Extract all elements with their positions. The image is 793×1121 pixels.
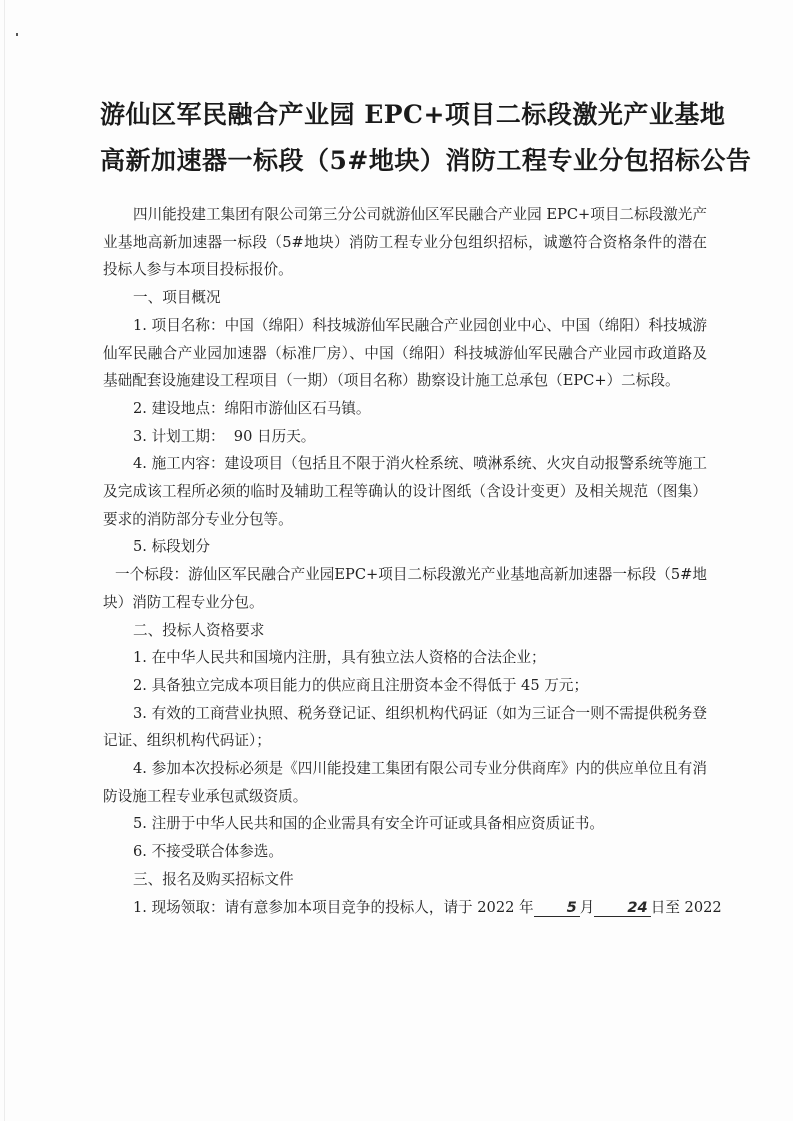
section-2-heading: 二、投标人资格要求 [103,617,707,645]
section-2-item-5: 5. 注册于中华人民共和国的企业需具有安全许可证或具备相应资质证书。 [103,810,707,838]
section-1-item-1: 1. 项目名称：中国（绵阳）科技城游仙军民融合产业园创业中心、中国（绵阳）科技城… [103,312,707,395]
section-1-item-2: 2. 建设地点：绵阳市游仙区石马镇。 [103,395,707,423]
section-1-item-3: 3. 计划工期： 90 日历天。 [103,423,707,451]
section-1-heading: 一、项目概况 [103,284,707,312]
handwritten-day: 24 [594,900,650,917]
document-title-line-2: 高新加速器一标段（5#地块）消防工程专业分包招标公告 [100,141,700,177]
section-2-item-2: 2. 具备独立完成本项目能力的供应商且注册资本金不得低于 45 万元； [103,672,707,700]
scan-mark [16,33,18,36]
section-3-item-1-suffix: 日至 2022 [651,899,722,916]
month-label: 月 [580,899,595,916]
document-page: 游仙区军民融合产业园 EPC+项目二标段激光产业基地 高新加速器一标段（5#地块… [0,0,793,1121]
section-1-item-5: 5. 标段划分 [103,533,707,561]
document-title-line-1: 游仙区军民融合产业园 EPC+项目二标段激光产业基地 [100,95,700,131]
section-3-item-1: 1. 现场领取：请有意参加本项目竞争的投标人，请于 2022 年5月24日至 2… [103,894,707,922]
section-1-item-4: 4. 施工内容：建设项目（包括且不限于消火栓系统、喷淋系统、火灾自动报警系统等施… [103,450,707,533]
scan-edge [4,0,5,1121]
document-body: 四川能投建工集团有限公司第三分公司就游仙区军民融合产业园 EPC+项目二标段激光… [103,201,707,921]
section-2-item-4: 4. 参加本次投标必须是《四川能投建工集团有限公司专业分供商库》内的供应单位且有… [103,755,707,810]
section-2-item-3: 3. 有效的工商营业执照、税务登记证、组织机构代码证（如为三证合一则不需提供税务… [103,700,707,755]
handwritten-month: 5 [534,900,580,917]
section-2-item-6: 6. 不接受联合体参选。 [103,838,707,866]
section-3-item-1-prefix: 1. 现场领取：请有意参加本项目竞争的投标人，请于 2022 年 [133,899,534,916]
intro-paragraph: 四川能投建工集团有限公司第三分公司就游仙区军民融合产业园 EPC+项目二标段激光… [103,201,707,284]
section-1-item-5-detail: 一个标段：游仙区军民融合产业园EPC+项目二标段激光产业基地高新加速器一标段（5… [103,561,707,616]
section-3-heading: 三、报名及购买招标文件 [103,866,707,894]
section-2-item-1: 1. 在中华人民共和国境内注册，具有独立法人资格的合法企业； [103,644,707,672]
